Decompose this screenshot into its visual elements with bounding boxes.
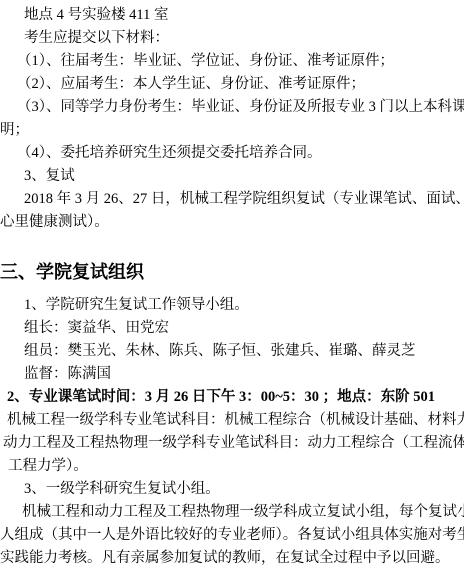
- doc-line-members: 组员：樊玉光、朱林、陈兵、陈子恒、张建兵、崔璐、薛灵芝: [24, 340, 464, 363]
- doc-line: 地点 4 号实验楼 411 室: [24, 4, 464, 27]
- doc-line: 机械工程和动力工程及工程热物理一级学科成立复试小组，每个复试小组成员 5: [22, 501, 464, 524]
- doc-line: 2018 年 3 月 26、27 日，机械工程学院组织复试（专业课笔试、面试、外…: [24, 188, 464, 211]
- doc-line: 动力工程及工程热物理一级学科专业笔试科目：动力工程综合（工程流体力学、: [3, 432, 464, 455]
- doc-line-exam-time: 2、专业课笔试时间：3 月 26 日下午 3：00~5：30 ；地点：东阶 50…: [7, 386, 464, 409]
- doc-line: 1、学院研究生复试工作领导小组。: [24, 294, 464, 317]
- doc-line: 实践能力考核。凡有亲属参加复试的教师，在复试全过程中予以回避。: [0, 547, 464, 570]
- doc-line: 人组成（其中一人是外语比较好的专业老师）。各复试小组具体实施对考生的面试和: [0, 524, 464, 547]
- doc-line: 3、一级学科研究生复试小组。: [24, 478, 464, 501]
- doc-line: 3、复试: [24, 165, 464, 188]
- doc-line: 心里健康测试）。: [0, 211, 464, 234]
- doc-line: （3）、同等学力身份考生：毕业证、身份证及所报专业 3 门以上本科课程成绩证: [17, 96, 464, 119]
- document-page: 地点 4 号实验楼 411 室 考生应提交以下材料： （1）、往届考生：毕业证、…: [0, 0, 464, 570]
- doc-line: 工程力学）。: [8, 455, 464, 478]
- doc-line: 考生应提交以下材料：: [24, 27, 464, 50]
- doc-line-leader: 组长：窦益华、田党宏: [24, 317, 464, 340]
- doc-line: 明；: [0, 119, 464, 142]
- doc-line: （2）、应届考生：本人学生证、身份证、准考证原件；: [17, 73, 464, 96]
- doc-line: （4）、委托培养研究生还须提交委托培养合同。: [17, 142, 464, 165]
- doc-line: 机械工程一级学科专业笔试科目：机械工程综合（机械设计基础、材料力学）；: [7, 409, 464, 432]
- section-heading: 三、学院复试组织: [0, 258, 464, 286]
- doc-line: （1）、往届考生：毕业证、学位证、身份证、准考证原件；: [17, 50, 464, 73]
- doc-line-supervisor: 监督：陈满国: [24, 363, 464, 386]
